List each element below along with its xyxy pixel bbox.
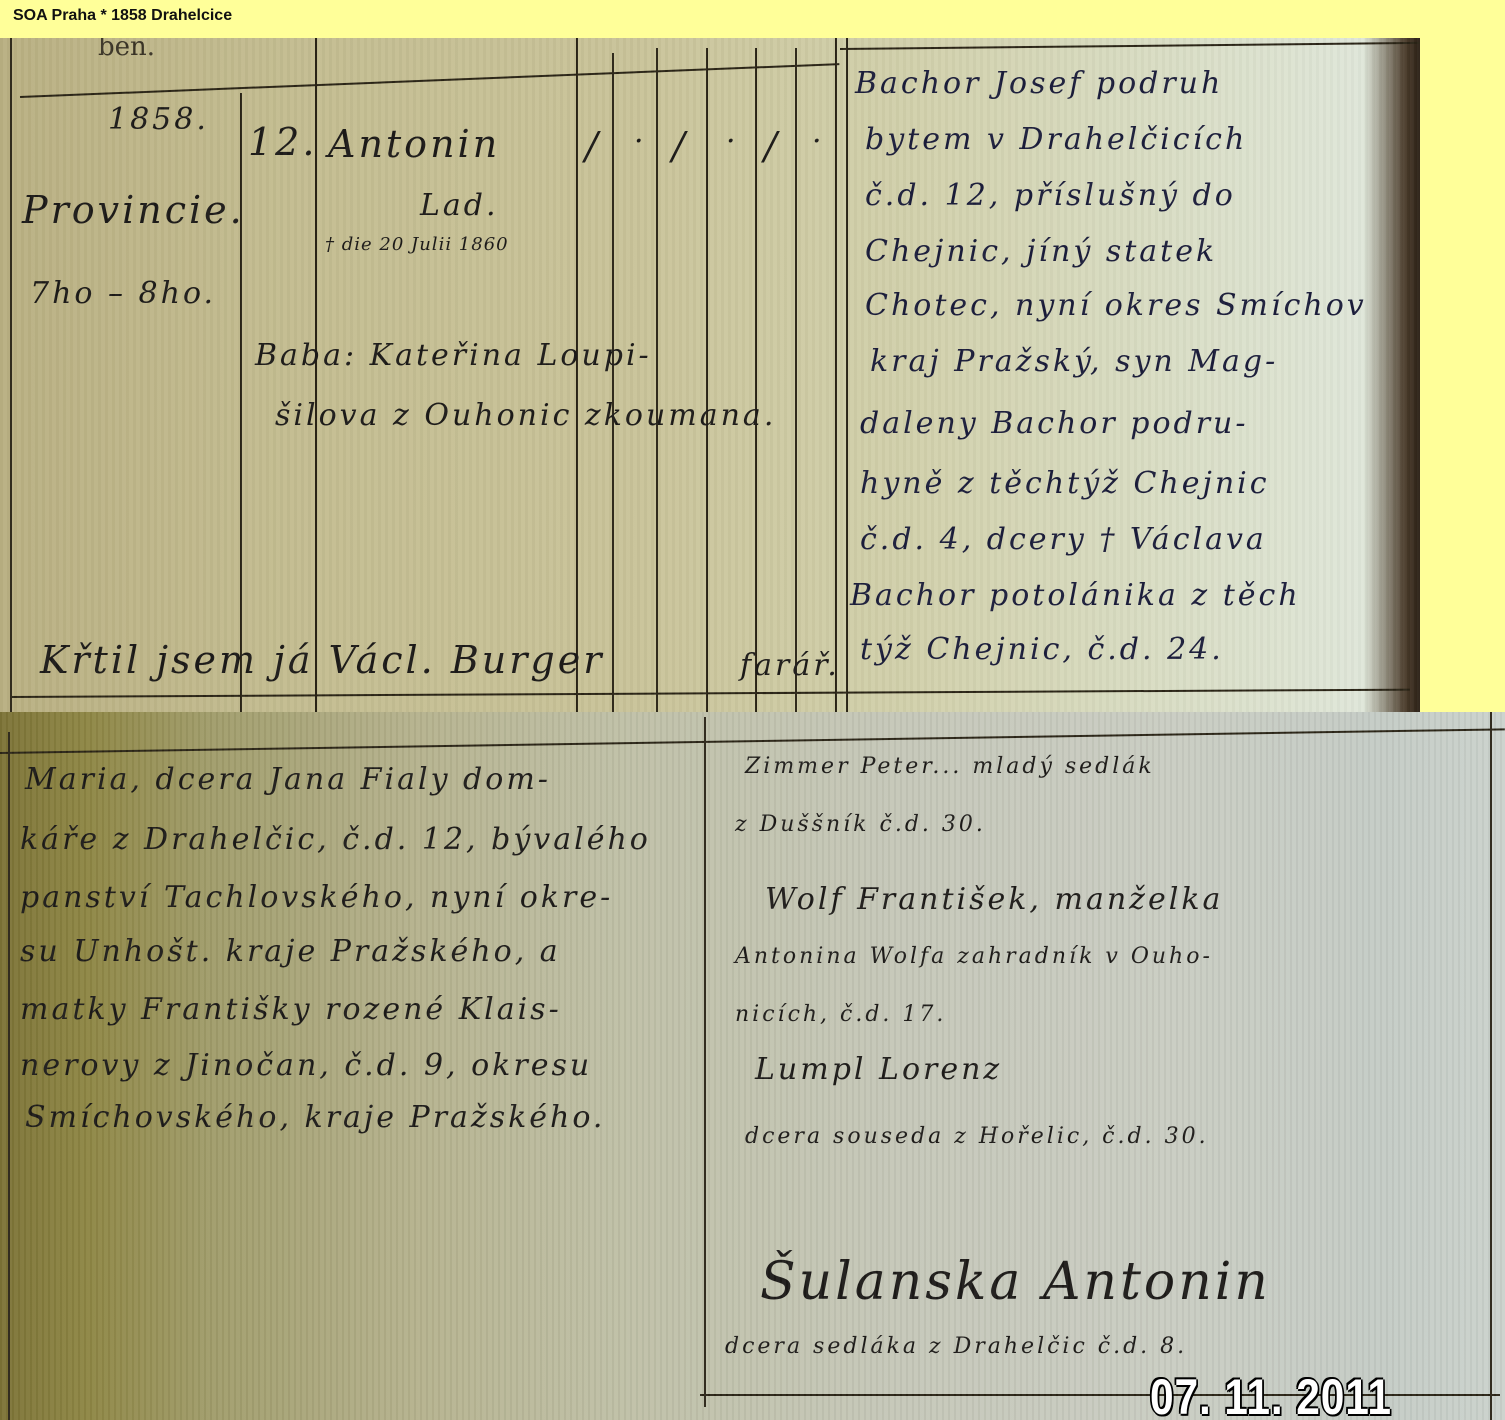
godparent-line: nicích, č.d. 17. (735, 1002, 946, 1027)
father-line: Chotec, nyní okres Smíchov (865, 288, 1367, 323)
register-scan-bottom: Maria, dcera Jana Fialy dom- káře z Drah… (0, 712, 1505, 1420)
page-title: SOA Praha * 1858 Drahelcice (13, 7, 232, 25)
godparent-line: Zimmer Peter... mladý sedlák (745, 754, 1155, 779)
child-surname: Lad. (420, 188, 499, 223)
row-rule (10, 689, 1410, 698)
birth-place: Provincie. (22, 188, 245, 232)
father-line: Chejnic, jíný statek (865, 234, 1217, 269)
column-rule (755, 48, 757, 712)
column-rule (704, 717, 706, 1407)
column-rule (612, 53, 614, 712)
tally-mark: / (764, 124, 780, 168)
priest-role: farář. (740, 648, 840, 683)
row-rule (0, 728, 1505, 754)
column-rule (846, 38, 848, 712)
mother-line: nerovy z Jinočan, č.d. 9, okresu (20, 1048, 592, 1083)
child-name: Antonin (328, 122, 500, 166)
birth-year: 1858. (108, 102, 209, 137)
mother-line: Maria, dcera Jana Fialy dom- (25, 762, 551, 797)
tally-mark: · (634, 124, 647, 159)
father-line: Bachor potolánika z těch (850, 578, 1301, 613)
photo-date-stamp: 07. 11. 2011 (1150, 1368, 1392, 1420)
midwife-line: šilova z Ouhonic zkoumana. (275, 398, 776, 433)
column-rule (656, 48, 658, 712)
witness-note: dcera souseda z Hořelic, č.d. 30. (745, 1124, 1209, 1149)
column-rule (240, 93, 242, 712)
godparent-line: Wolf František, manželka (765, 882, 1223, 917)
main-signature: Šulanska Antonin (760, 1252, 1271, 1312)
mother-line: káře z Drahelčic, č.d. 12, bývalého (20, 822, 651, 857)
mother-line: Smíchovského, kraje Pražského. (25, 1100, 605, 1135)
father-line: daleny Bachor podru- (860, 406, 1249, 441)
house-number: 12. (248, 120, 317, 164)
row-rule (20, 63, 839, 98)
tally-mark: · (726, 124, 739, 159)
column-rule (576, 38, 578, 712)
father-line: týž Chejnic, č.d. 24. (860, 632, 1224, 667)
tally-mark: / (672, 124, 688, 168)
tally-mark: / (585, 124, 601, 168)
father-line: kraj Pražský, syn Mag- (870, 344, 1278, 379)
mother-line: panství Tachlovského, nyní okre- (20, 880, 613, 915)
row-rule (840, 42, 1420, 50)
column-rule (835, 38, 837, 712)
mother-line: matky Františky rozené Klais- (20, 992, 562, 1027)
column-rule (1490, 712, 1492, 1420)
register-scan-top: ben. 1858. Provincie. 7ho – 8ho. 12. Ant… (0, 38, 1420, 712)
mother-line: su Unhošt. kraje Pražského, a (20, 934, 561, 969)
midwife-line: Baba: Kateřina Loupi- (255, 338, 652, 373)
tally-mark: · (812, 124, 825, 159)
father-line: č.d. 4, dcery † Václava (860, 522, 1267, 557)
column-rule (795, 48, 797, 712)
witness-signature: Lumpl Lorenz (755, 1052, 1002, 1087)
column-header-fragment: ben. (98, 38, 155, 62)
father-line: č.d. 12, příslušný do (865, 178, 1236, 213)
column-rule (10, 38, 12, 712)
father-line: bytem v Drahelčicích (865, 122, 1247, 157)
baptism-signature: Křtil jsem já Václ. Burger (40, 638, 604, 682)
birth-months: 7ho – 8ho. (30, 276, 216, 311)
column-rule (706, 48, 708, 712)
godparent-line: z Duššník č.d. 30. (735, 812, 986, 837)
signature-note: dcera sedláka z Drahelčic č.d. 8. (725, 1334, 1187, 1359)
column-rule (8, 732, 10, 1420)
father-line: Bachor Josef podruh (855, 66, 1223, 101)
title-bar: SOA Praha * 1858 Drahelcice (0, 0, 1505, 38)
father-line: hyně z těchtýž Chejnic (860, 466, 1270, 501)
godparent-line: Antonina Wolfa zahradník v Ouho- (735, 944, 1213, 969)
death-note: † die 20 Julii 1860 (325, 234, 509, 255)
